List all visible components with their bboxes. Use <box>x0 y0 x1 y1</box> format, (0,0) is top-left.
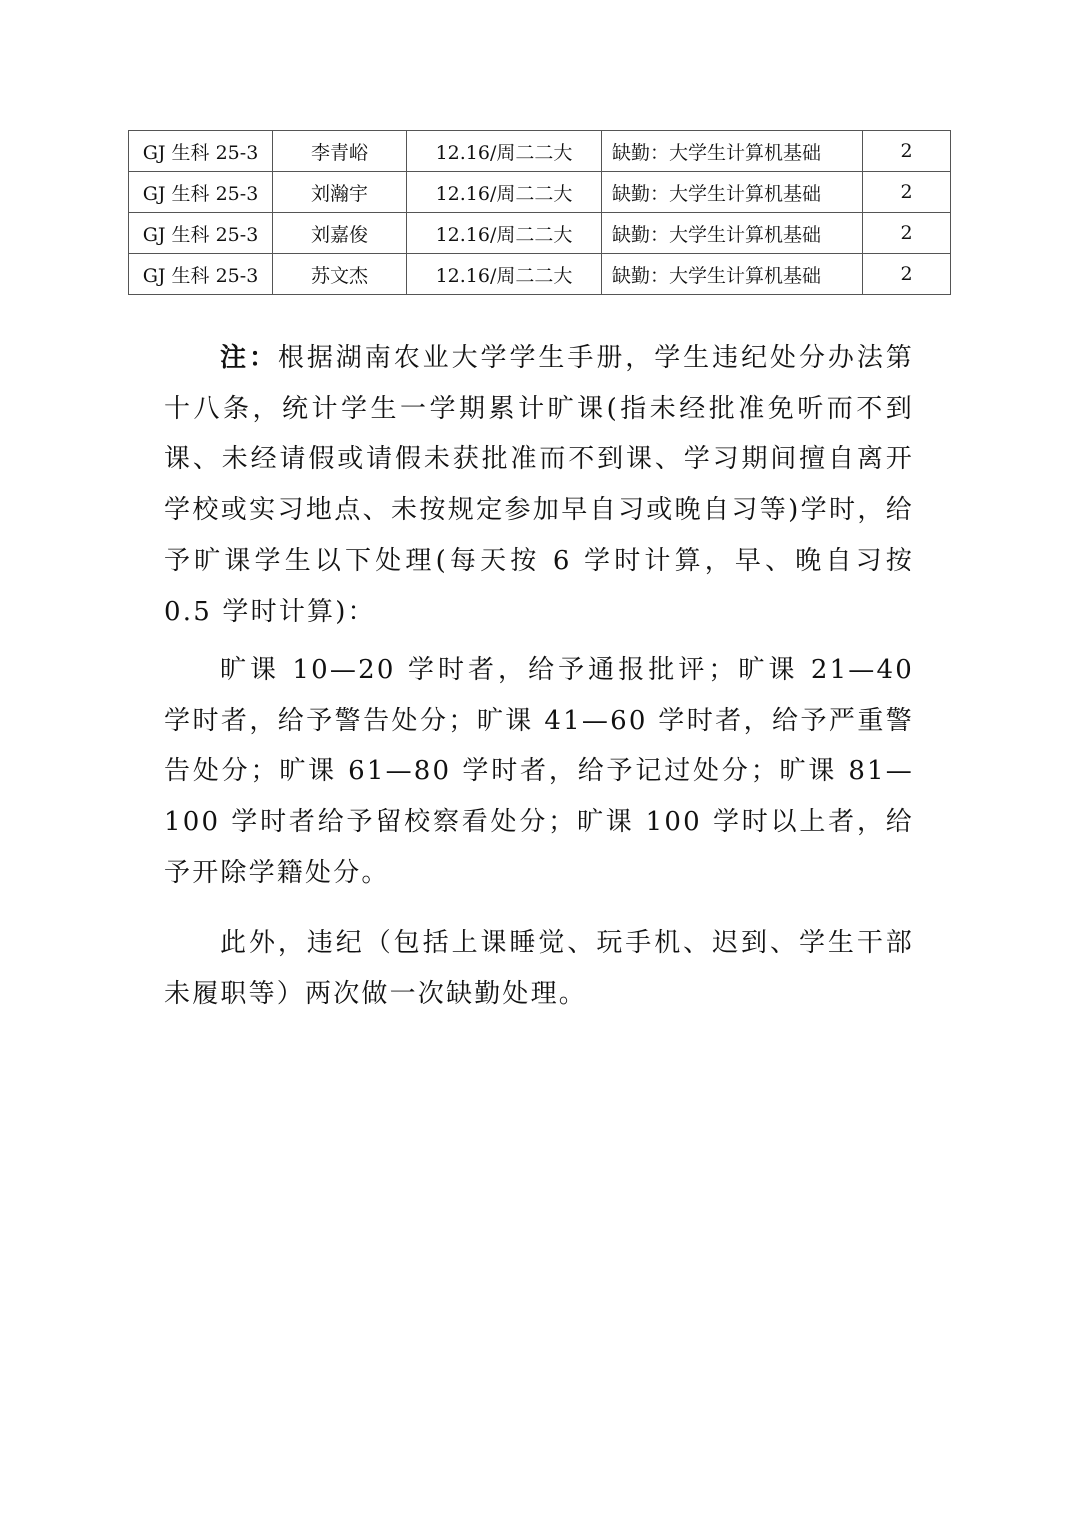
reason-cell: 缺勤：大学生计算机基础 <box>602 172 863 213</box>
hours-cell: 2 <box>863 172 951 213</box>
class-cell: GJ 生科 25-3 <box>129 213 273 254</box>
name-cell: 刘瀚宇 <box>273 172 407 213</box>
table-row: GJ 生科 25-3 刘瀚宇 12.16/周二二大 缺勤：大学生计算机基础 2 <box>129 172 951 213</box>
hours-cell: 2 <box>863 131 951 172</box>
date-cell: 12.16/周二二大 <box>407 172 602 213</box>
name-cell: 苏文杰 <box>273 254 407 295</box>
hours-cell: 2 <box>863 213 951 254</box>
table-row: GJ 生科 25-3 李青峪 12.16/周二二大 缺勤：大学生计算机基础 2 <box>129 131 951 172</box>
hours-cell: 2 <box>863 254 951 295</box>
date-cell: 12.16/周二二大 <box>407 131 602 172</box>
name-cell: 刘嘉俊 <box>273 213 407 254</box>
note-label: 注： <box>220 343 278 373</box>
table-row: GJ 生科 25-3 苏文杰 12.16/周二二大 缺勤：大学生计算机基础 2 <box>129 254 951 295</box>
reason-cell: 缺勤：大学生计算机基础 <box>602 213 863 254</box>
reason-cell: 缺勤：大学生计算机基础 <box>602 131 863 172</box>
note-text: 根据湖南农业大学学生手册，学生违纪处分办法第十八条，统计学生一学期累计旷课(指未… <box>164 343 914 627</box>
note-paragraph-3: 此外，违纪（包括上课睡觉、玩手机、迟到、学生干部未履职等）两次做一次缺勤处理。 <box>164 918 914 1019</box>
reason-cell: 缺勤：大学生计算机基础 <box>602 254 863 295</box>
table-row: GJ 生科 25-3 刘嘉俊 12.16/周二二大 缺勤：大学生计算机基础 2 <box>129 213 951 254</box>
note-paragraph-1: 注：根据湖南农业大学学生手册，学生违纪处分办法第十八条，统计学生一学期累计旷课(… <box>164 333 914 637</box>
class-cell: GJ 生科 25-3 <box>129 172 273 213</box>
name-cell: 李青峪 <box>273 131 407 172</box>
discipline-text: 此外，违纪（包括上课睡觉、玩手机、迟到、学生干部未履职等）两次做一次缺勤处理。 <box>164 918 914 1019</box>
penalty-rules-text: 旷课 10—20 学时者，给予通报批评；旷课 21—40 学时者，给予警告处分；… <box>164 645 914 899</box>
absence-table: GJ 生科 25-3 李青峪 12.16/周二二大 缺勤：大学生计算机基础 2 … <box>128 130 951 295</box>
date-cell: 12.16/周二二大 <box>407 254 602 295</box>
class-cell: GJ 生科 25-3 <box>129 254 273 295</box>
date-cell: 12.16/周二二大 <box>407 213 602 254</box>
note-paragraph-2: 旷课 10—20 学时者，给予通报批评；旷课 21—40 学时者，给予警告处分；… <box>164 645 914 899</box>
class-cell: GJ 生科 25-3 <box>129 131 273 172</box>
